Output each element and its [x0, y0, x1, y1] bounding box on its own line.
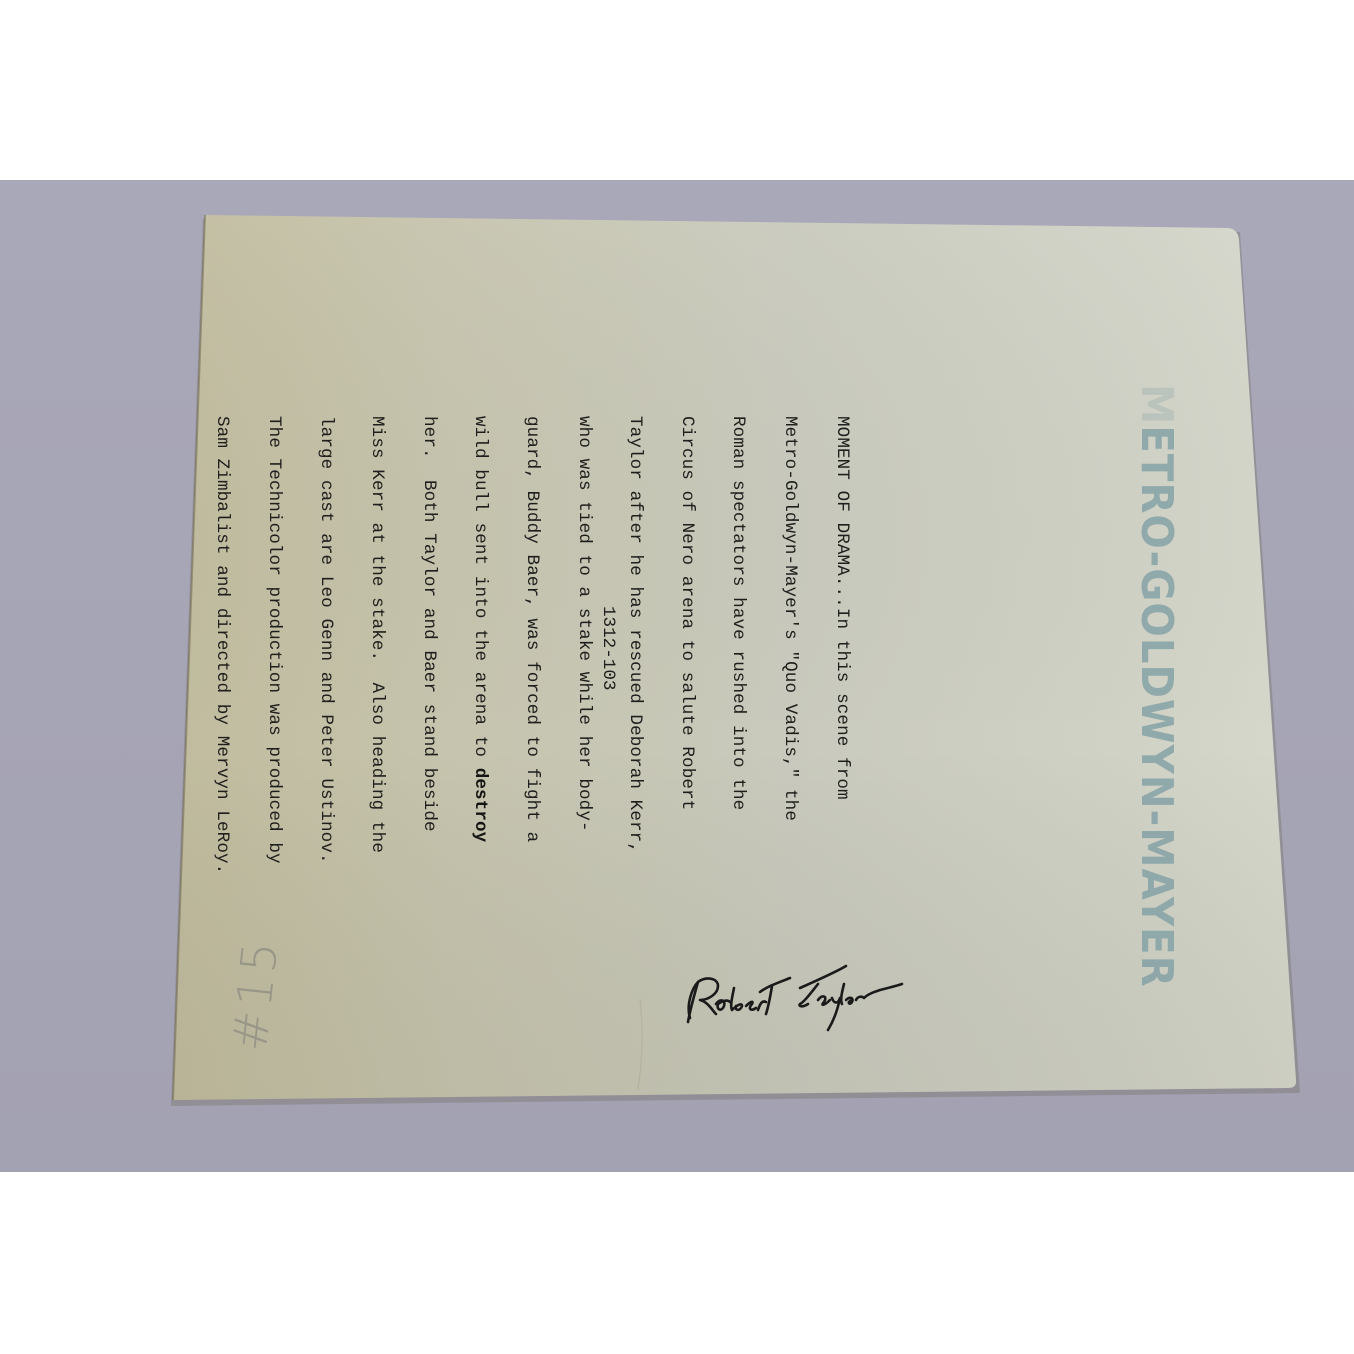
caption-line: Roman spectators have rushed into the — [729, 416, 746, 874]
reference-number: 1312-103 — [598, 606, 618, 690]
caption-line: Metro-Goldwyn-Mayer's "Quo Vadis," the — [781, 416, 798, 874]
pencil-note: #15 — [222, 935, 290, 1054]
stamp-faded-letter: M — [1131, 384, 1182, 425]
caption-line: who was tied to a stake while her body- — [574, 416, 591, 874]
stamp-text: ETRO-GOLDWYN-MAYER — [1131, 425, 1182, 988]
caption-line: Miss Kerr at the stake. Also heading the — [368, 416, 385, 874]
caption-line: Circus of Nero arena to salute Robert — [678, 416, 695, 874]
caption-line: Taylor after he has rescued Deborah Kerr… — [626, 416, 643, 874]
photo-scene: MOMENT OF DRAMA...In this scene from Met… — [0, 0, 1354, 1354]
studio-stamp: METRO-GOLDWYN-MAYER — [1134, 384, 1178, 988]
caption-line: large cast are Leo Genn and Peter Ustino… — [316, 416, 333, 874]
caption-line: guard, Buddy Baer, was forced to fight a — [523, 416, 540, 874]
caption-line: Sam Zimbalist and directed by Mervyn LeR… — [213, 416, 230, 874]
caption-line: MOMENT OF DRAMA...In this scene from — [832, 416, 849, 874]
caption-line: wild bull sent into the arena to destroy — [471, 416, 488, 874]
caption-line: The Technicolor production was produced … — [265, 416, 282, 874]
caption-line-text: wild bull sent into the arena to — [470, 416, 490, 768]
emphasized-word: destroy — [470, 768, 490, 843]
typed-caption: MOMENT OF DRAMA...In this scene from Met… — [179, 416, 884, 874]
signature-robert-taylor — [668, 960, 908, 1040]
caption-line: her. Both Taylor and Baer stand beside — [420, 416, 437, 874]
